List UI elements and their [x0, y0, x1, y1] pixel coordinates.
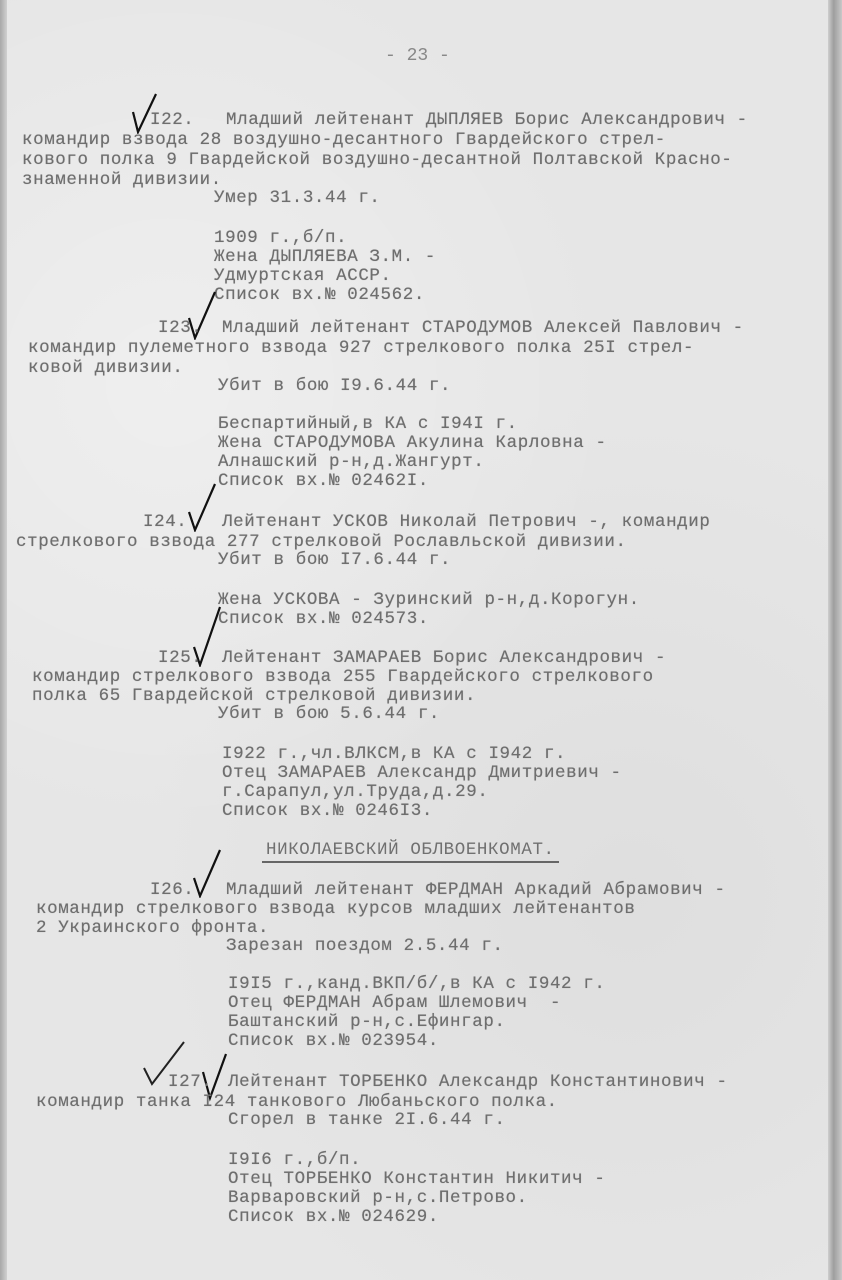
entry-detail: Список вх.№ 024573. — [218, 609, 429, 629]
entry-fate: Убит в бою I9.6.44 г. — [218, 376, 451, 396]
entry-line: командир танка I24 танкового Любаньского… — [36, 1092, 558, 1112]
entry-detail: I9I6 г.,б/п. — [228, 1150, 361, 1170]
entry-detail: Жена УСКОВА - Зуринский р-н,д.Корогун. — [218, 590, 640, 610]
entry-fate: Убит в бою 5.6.44 г. — [218, 704, 440, 724]
entry-line: командир стрелкового взвода курсов младш… — [36, 899, 636, 919]
entry-line: Младший лейтенант СТАРОДУМОВ Алексей Пав… — [222, 318, 744, 338]
entry-detail: Отец ФЕРДМАН Абрам Шлемович - — [228, 993, 561, 1013]
entry-fate: Умер 31.3.44 г. — [214, 188, 381, 208]
entry-detail: I922 г.,чл.ВЛКСМ,в КА с I942 г. — [222, 744, 566, 764]
entry-detail: Беспартийный,в КА с I94I г. — [218, 414, 518, 434]
entry-detail: Жена СТАРОДУМОВА Акулина Карловна - — [218, 433, 607, 453]
entry-number: I22. — [150, 110, 194, 130]
document-page: - 23 - I22. Младший лейтенант ДЫПЛЯЕВ Бо… — [0, 0, 842, 1280]
entry-line: ковой дивизии. — [28, 358, 183, 378]
page-number: - 23 - — [385, 46, 450, 66]
entry-detail: I9I5 г.,канд.ВКП/б/,в КА с I942 г. — [228, 974, 605, 994]
entry-fate: Сгорел в танке 2I.6.44 г. — [228, 1110, 506, 1130]
entry-detail: Варваровский р-н,с.Петрово. — [228, 1188, 528, 1208]
page-left-edge — [0, 0, 7, 1280]
entry-detail: Алнашский р-н,д.Жангурт. — [218, 452, 484, 472]
checkmark-icon — [185, 482, 219, 532]
entry-line: командир стрелкового взвода 255 Гвардейс… — [32, 667, 654, 687]
entry-detail: Список вх.№ 024629. — [228, 1207, 439, 1227]
page-right-edge — [828, 0, 842, 1280]
entry-line: 2 Украинского фронта. — [36, 918, 269, 938]
entry-number: I26. — [150, 880, 194, 900]
entry-detail: Отец ТОРБЕНКО Константин Никитич - — [228, 1169, 605, 1189]
entry-line: командир взвода 28 воздушно-десантного Г… — [22, 130, 666, 150]
entry-line: Младший лейтенант ФЕРДМАН Аркадий Абрамо… — [226, 880, 726, 900]
entry-fate: Зарезан поездом 2.5.44 г. — [226, 936, 504, 956]
section-heading: НИКОЛАЕВСКИЙ ОБЛВОЕНКОМАТ. — [262, 840, 559, 863]
entry-number: I23. — [158, 318, 202, 338]
entry-line: Младший лейтенант ДЫПЛЯЕВ Борис Александ… — [226, 110, 748, 130]
entry-detail: Жена ДЫПЛЯЕВА З.М. - — [214, 247, 436, 267]
entry-detail: Удмуртская АССР. — [214, 266, 392, 286]
entry-number: I27. — [168, 1072, 212, 1092]
entry-number: I24. — [143, 512, 187, 532]
entry-detail: Список вх.№ 023954. — [228, 1031, 439, 1051]
entry-detail: Баштанский р-н,с.Ефингар. — [228, 1012, 506, 1032]
entry-detail: Список вх.№ 024562. — [214, 285, 425, 305]
checkmark-icon — [190, 848, 224, 898]
entry-detail: Отец ЗАМАРАЕВ Александр Дмитриевич - — [222, 763, 622, 783]
entry-detail: Список вх.№ 0246I3. — [222, 801, 433, 821]
entry-number: I25. — [158, 648, 202, 668]
entry-line: полка 65 Гвардейской стрелковой дивизии. — [32, 686, 476, 706]
entry-line: стрелкового взвода 277 стрелковой Рослав… — [16, 532, 627, 552]
entry-line: кового полка 9 Гвардейской воздушно-деса… — [22, 150, 733, 170]
entry-line: знаменной дивизии. — [22, 170, 222, 190]
entry-line: Лейтенант ТОРБЕНКО Александр Константино… — [228, 1072, 728, 1092]
entry-fate: Убит в бою I7.6.44 г. — [218, 550, 451, 570]
entry-line: командир пулеметного взвода 927 стрелков… — [28, 338, 694, 358]
entry-line: Лейтенант УСКОВ Николай Петрович -, кома… — [222, 512, 710, 532]
entry-detail: Список вх.№ 02462I. — [218, 471, 429, 491]
entry-detail: г.Сарапул,ул.Труда,д.29. — [222, 782, 488, 802]
entry-line: Лейтенант ЗАМАРАЕВ Борис Александрович - — [222, 648, 666, 668]
entry-detail: 1909 г.,б/п. — [214, 228, 347, 248]
